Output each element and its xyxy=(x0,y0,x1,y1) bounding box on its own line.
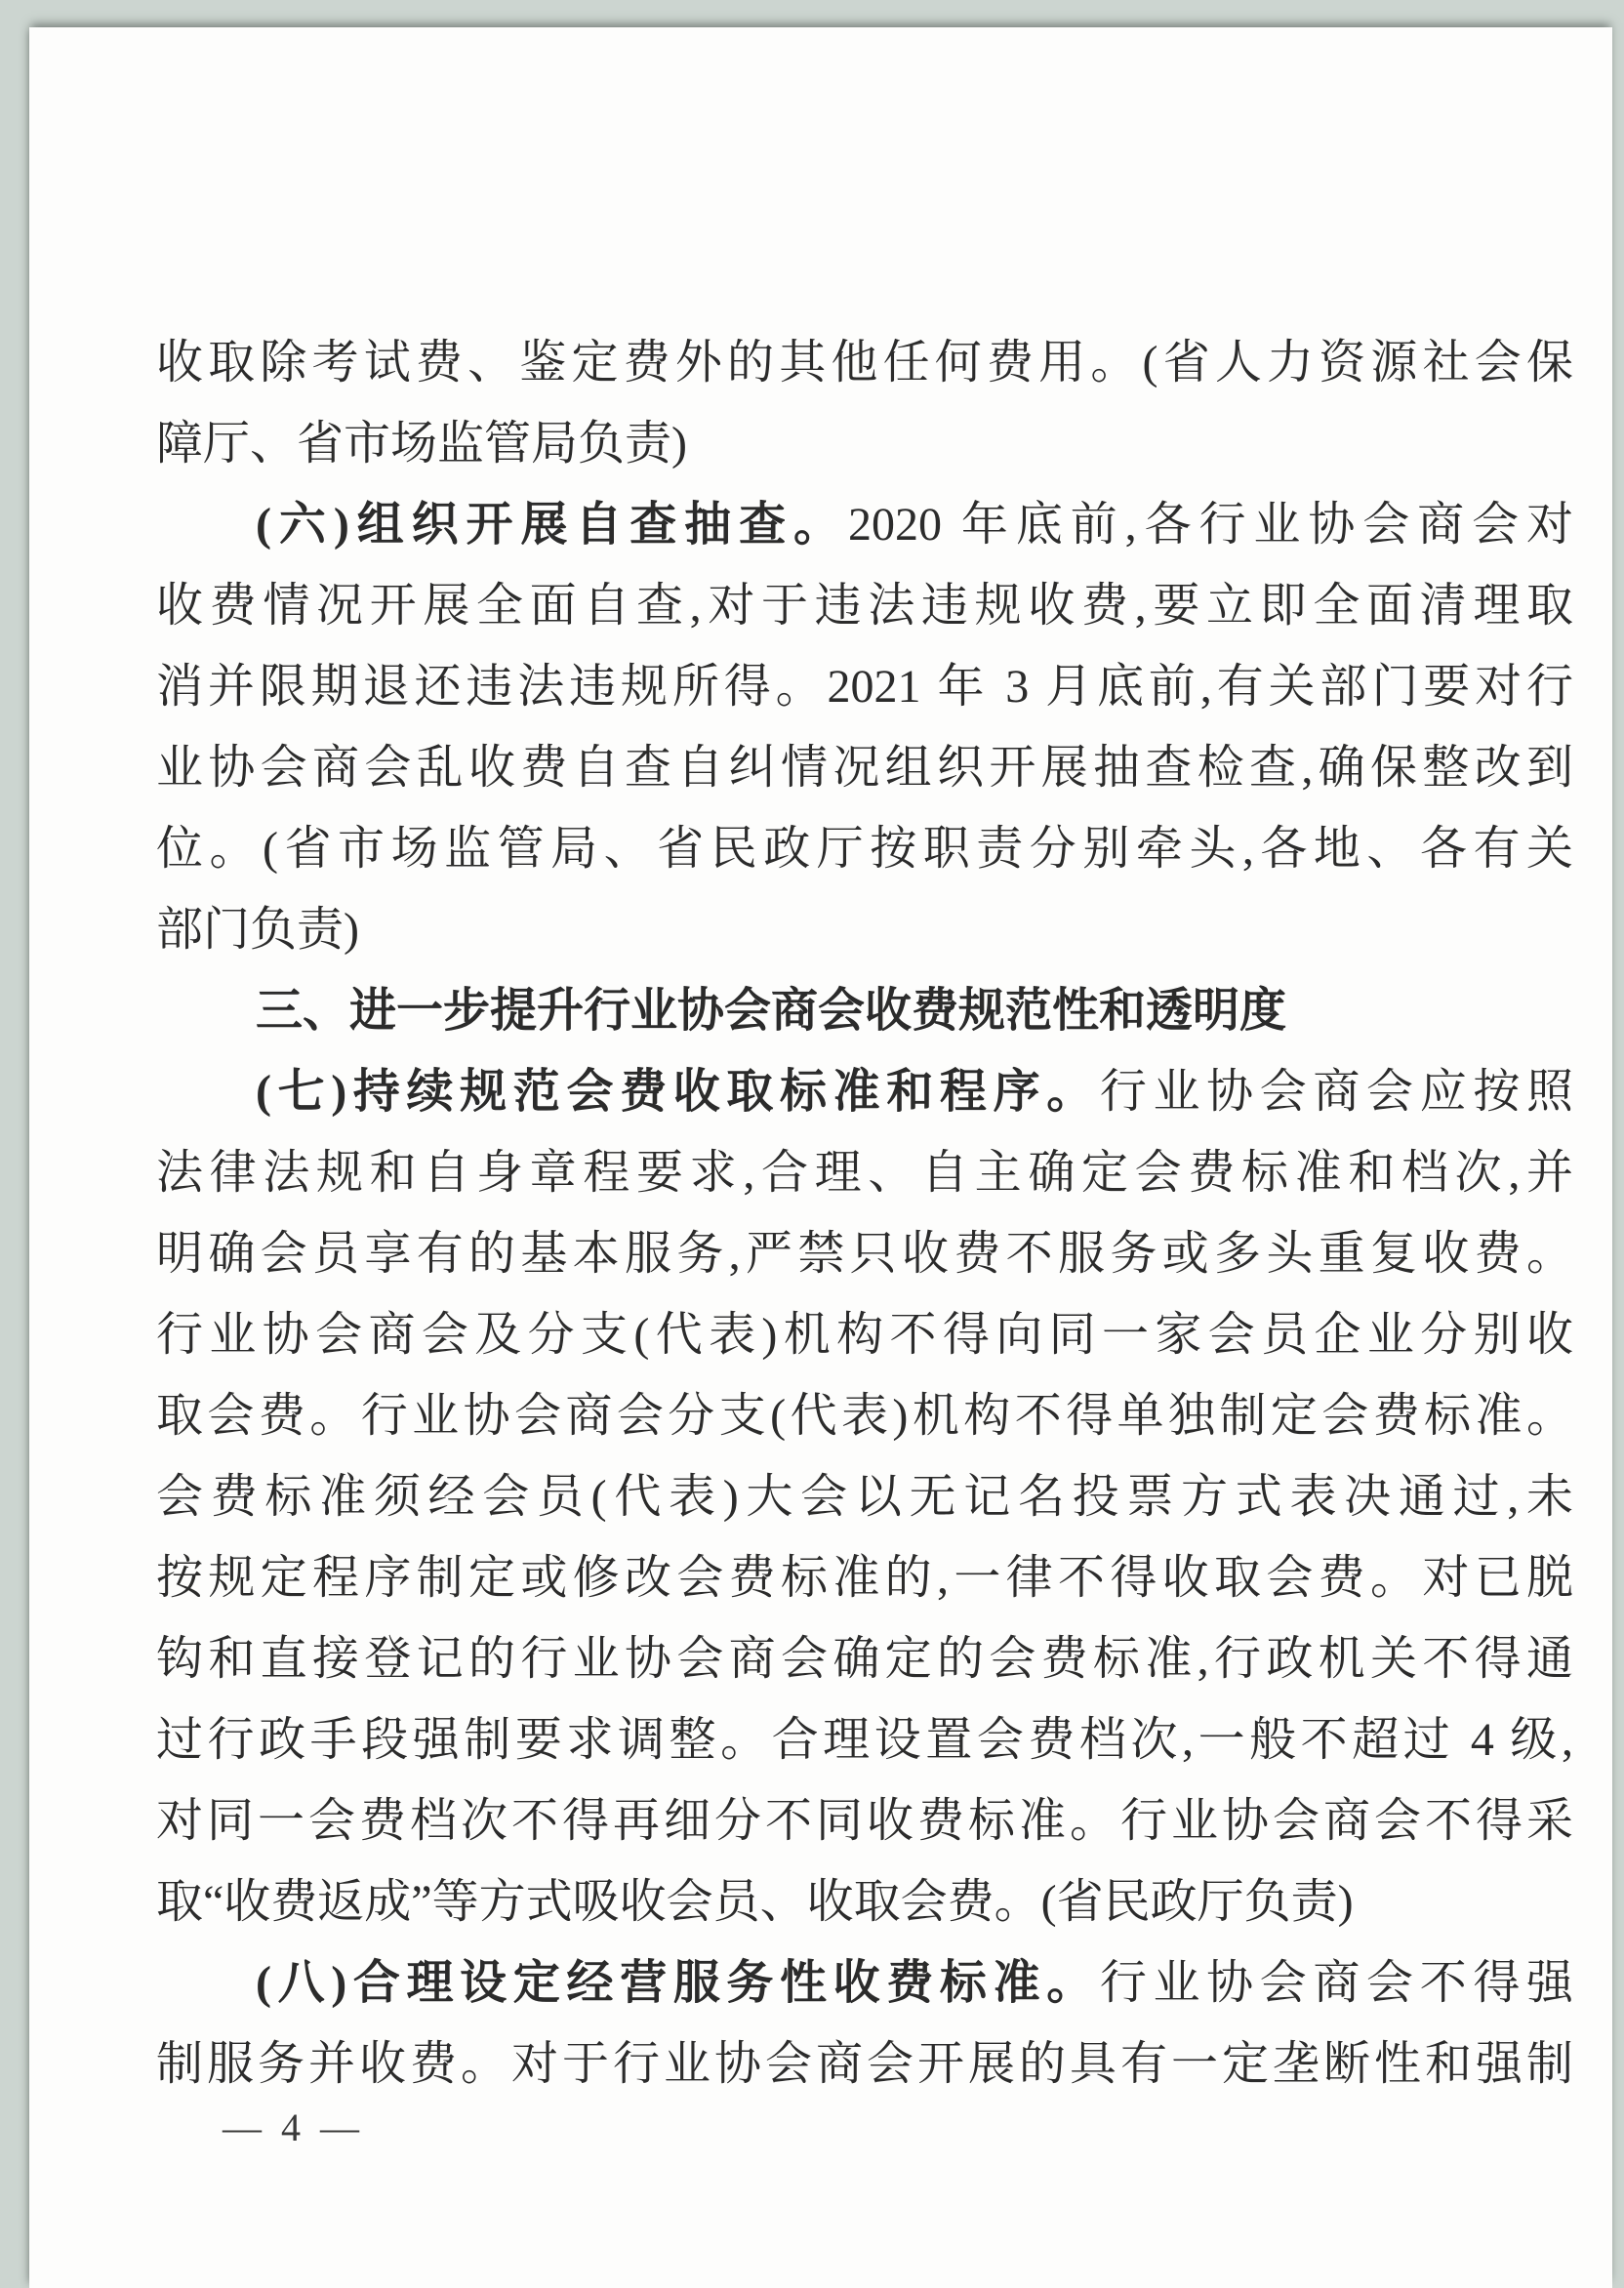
line-text: 行业协会商会不得强 xyxy=(1100,1957,1573,2009)
scanned-document-page: 收取除考试费、鉴定费外的其他任何费用。(省人力资源社会保 障厅、省市场监管局负责… xyxy=(29,27,1612,2288)
line-text: 业协会商会乱收费自查自纠情况组织开展抽查检查,确保整改到 xyxy=(156,742,1573,794)
line-text: 取会费。行业协会商会分支(代表)机构不得单独制定会费标准。 xyxy=(156,1390,1573,1442)
line-text: 制服务并收费。对于行业协会商会开展的具有一定垄断性和强制 xyxy=(156,2038,1573,2090)
text-line: 明确会员享有的基本服务,严禁只收费不服务或多头重复收费。 xyxy=(156,1213,1573,1294)
line-text: 取“收费返成”等方式吸收会员、收取会费。(省民政厅负责) xyxy=(156,1876,1354,1928)
text-line: 法律法规和自身章程要求,合理、自主确定会费标准和档次,并 xyxy=(156,1132,1573,1213)
text-line: 会费标准须经会员(代表)大会以无记名投票方式表决通过,未 xyxy=(156,1456,1573,1537)
line-text: 行业协会商会及分支(代表)机构不得向同一家会员企业分别收 xyxy=(156,1309,1573,1361)
paragraph-7-lead: (七)持续规范会费收取标准和程序。 xyxy=(256,1066,1100,1118)
line-text: 消并限期退还违法违规所得。2021 年 3 月底前,有关部门要对行 xyxy=(156,661,1573,713)
page-number: — 4 — xyxy=(223,2104,364,2150)
text-line: 过行政手段强制要求调整。合理设置会费档次,一般不超过 4 级, xyxy=(156,1699,1573,1780)
text-line: (八)合理设定经营服务性收费标准。行业协会商会不得强 xyxy=(156,1942,1573,2023)
line-text: 明确会员享有的基本服务,严禁只收费不服务或多头重复收费。 xyxy=(156,1228,1573,1280)
text-line: 位。(省市场监管局、省民政厅按职责分别牵头,各地、各有关 xyxy=(156,808,1573,889)
text-line: 制服务并收费。对于行业协会商会开展的具有一定垄断性和强制 xyxy=(156,2023,1573,2104)
heading-text: 三、进一步提升行业协会商会收费规范性和透明度 xyxy=(256,985,1286,1037)
line-text: 2020 年底前,各行业协会商会对 xyxy=(848,499,1573,551)
text-line: (七)持续规范会费收取标准和程序。行业协会商会应按照 xyxy=(156,1051,1573,1132)
line-text: 钩和直接登记的行业协会商会确定的会费标准,行政机关不得通 xyxy=(156,1633,1573,1685)
line-text: 按规定程序制定或修改会费标准的,一律不得收取会费。对已脱 xyxy=(156,1552,1573,1604)
line-text: 障厅、省市场监管局负责) xyxy=(156,418,687,470)
line-text: 对同一会费档次不得再细分不同收费标准。行业协会商会不得采 xyxy=(156,1795,1573,1847)
text-line: 部门负责) xyxy=(156,889,1573,970)
text-line: 收费情况开展全面自查,对于违法违规收费,要立即全面清理取 xyxy=(156,565,1573,646)
line-text: 位。(省市场监管局、省民政厅按职责分别牵头,各地、各有关 xyxy=(156,823,1573,875)
text-line: 业协会商会乱收费自查自纠情况组织开展抽查检查,确保整改到 xyxy=(156,727,1573,808)
paragraph-8-lead: (八)合理设定经营服务性收费标准。 xyxy=(256,1957,1100,2009)
line-text: 过行政手段强制要求调整。合理设置会费档次,一般不超过 4 级, xyxy=(156,1714,1573,1766)
line-text: 收取除考试费、鉴定费外的其他任何费用。(省人力资源社会保 xyxy=(156,337,1573,388)
text-line: 对同一会费档次不得再细分不同收费标准。行业协会商会不得采 xyxy=(156,1780,1573,1861)
section-heading: 三、进一步提升行业协会商会收费规范性和透明度 xyxy=(156,970,1573,1051)
line-text: 行业协会商会应按照 xyxy=(1100,1066,1573,1118)
text-line: 取会费。行业协会商会分支(代表)机构不得单独制定会费标准。 xyxy=(156,1375,1573,1456)
paragraph-6-lead: (六)组织开展自查抽查。 xyxy=(256,499,848,551)
text-line: 钩和直接登记的行业协会商会确定的会费标准,行政机关不得通 xyxy=(156,1618,1573,1699)
document-body: 收取除考试费、鉴定费外的其他任何费用。(省人力资源社会保 障厅、省市场监管局负责… xyxy=(156,322,1573,2104)
text-line: 取“收费返成”等方式吸收会员、收取会费。(省民政厅负责) xyxy=(156,1861,1573,1942)
text-line: 障厅、省市场监管局负责) xyxy=(156,403,1573,484)
text-line: 消并限期退还违法违规所得。2021 年 3 月底前,有关部门要对行 xyxy=(156,646,1573,727)
text-line: 收取除考试费、鉴定费外的其他任何费用。(省人力资源社会保 xyxy=(156,322,1573,403)
line-text: 收费情况开展全面自查,对于违法违规收费,要立即全面清理取 xyxy=(156,580,1573,632)
line-text: 法律法规和自身章程要求,合理、自主确定会费标准和档次,并 xyxy=(156,1147,1573,1199)
text-line: 行业协会商会及分支(代表)机构不得向同一家会员企业分别收 xyxy=(156,1294,1573,1375)
line-text: 会费标准须经会员(代表)大会以无记名投票方式表决通过,未 xyxy=(156,1471,1573,1523)
text-line: 按规定程序制定或修改会费标准的,一律不得收取会费。对已脱 xyxy=(156,1537,1573,1618)
text-line: (六)组织开展自查抽查。2020 年底前,各行业协会商会对 xyxy=(156,484,1573,565)
line-text: 部门负责) xyxy=(156,904,359,956)
